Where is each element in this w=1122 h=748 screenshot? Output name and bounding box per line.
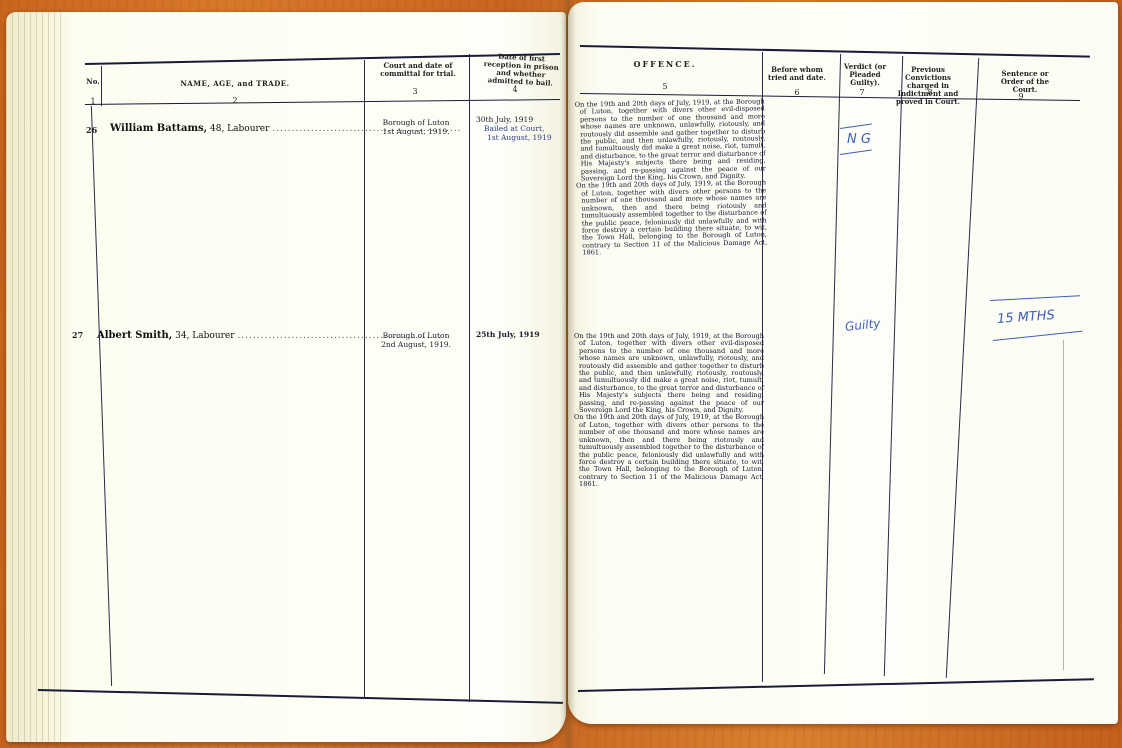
offence-count-riot: On the 19th and 20th days of July, 1919,… (574, 333, 764, 414)
committal-date: 1st August, 1919. (370, 127, 462, 136)
offence-count-malicious-damage: On the 19th and 20th days of July, 1919,… (576, 180, 767, 257)
header-col-6: Before whom tried and date. (768, 66, 826, 82)
header-col-8: Previous Convictions charged in Indictme… (896, 66, 960, 106)
bail-date: 1st August, 1919 (487, 133, 567, 142)
col-number-5: 5 (660, 82, 670, 91)
age-trade: 48, Labourer (207, 124, 269, 134)
column-divider-2 (364, 60, 365, 698)
column-divider-9 (1063, 340, 1064, 670)
header-col-3: Court and date of committal for trial. (378, 62, 458, 78)
col-number-6: 6 (792, 88, 802, 97)
offence-text: On the 19th and 20th days of July, 1919,… (574, 333, 764, 489)
header-col-7: Verdict (or Pleaded Guilty). (840, 63, 890, 87)
reception-date: 30th July, 1919 (476, 115, 556, 124)
header-col-9: Sentence or Order of the Court. (990, 70, 1060, 94)
page-edges (6, 12, 66, 742)
offence-text: On the 19th and 20th days of July, 1919,… (575, 98, 768, 257)
col-number-2: 2 (230, 96, 240, 105)
offence-count-riot: On the 19th and 20th days of July, 1919,… (575, 98, 766, 183)
col-number-8: 8 (925, 88, 935, 97)
prisoner-name: William Battams, (110, 123, 207, 134)
age-trade: 34, Labourer (172, 331, 234, 341)
header-col-4: Date of first reception in prison and wh… (477, 52, 565, 88)
committal-date: 2nd August, 1919. (368, 340, 464, 349)
header-col-1: No. (84, 78, 102, 86)
col-number-7: 7 (857, 88, 867, 97)
bail-status: Bailed at Court, (484, 124, 564, 133)
header-col-2: NAME, AGE, and TRADE. (150, 80, 320, 88)
column-divider-3 (469, 54, 470, 702)
col-number-4: 4 (510, 85, 520, 94)
committal-court: Borough of Luton (368, 331, 464, 340)
prisoner-name: Albert Smith, (97, 330, 172, 341)
entry-number: 27 (72, 330, 83, 340)
col-number-1: 1 (88, 97, 98, 106)
header-col-5: OFFENCE. (620, 60, 710, 68)
reception-date: 25th July, 1919 (476, 330, 556, 339)
committal-court: Borough of Luton (370, 118, 462, 127)
offence-count-malicious-damage: On the 19th and 20th days of July, 1919,… (574, 414, 764, 488)
col-number-9: 9 (1016, 92, 1026, 101)
col-number-3: 3 (410, 87, 420, 96)
entry-number: 26 (86, 125, 97, 135)
column-divider-1 (101, 66, 102, 106)
verdict-handwritten: N G (847, 132, 871, 147)
